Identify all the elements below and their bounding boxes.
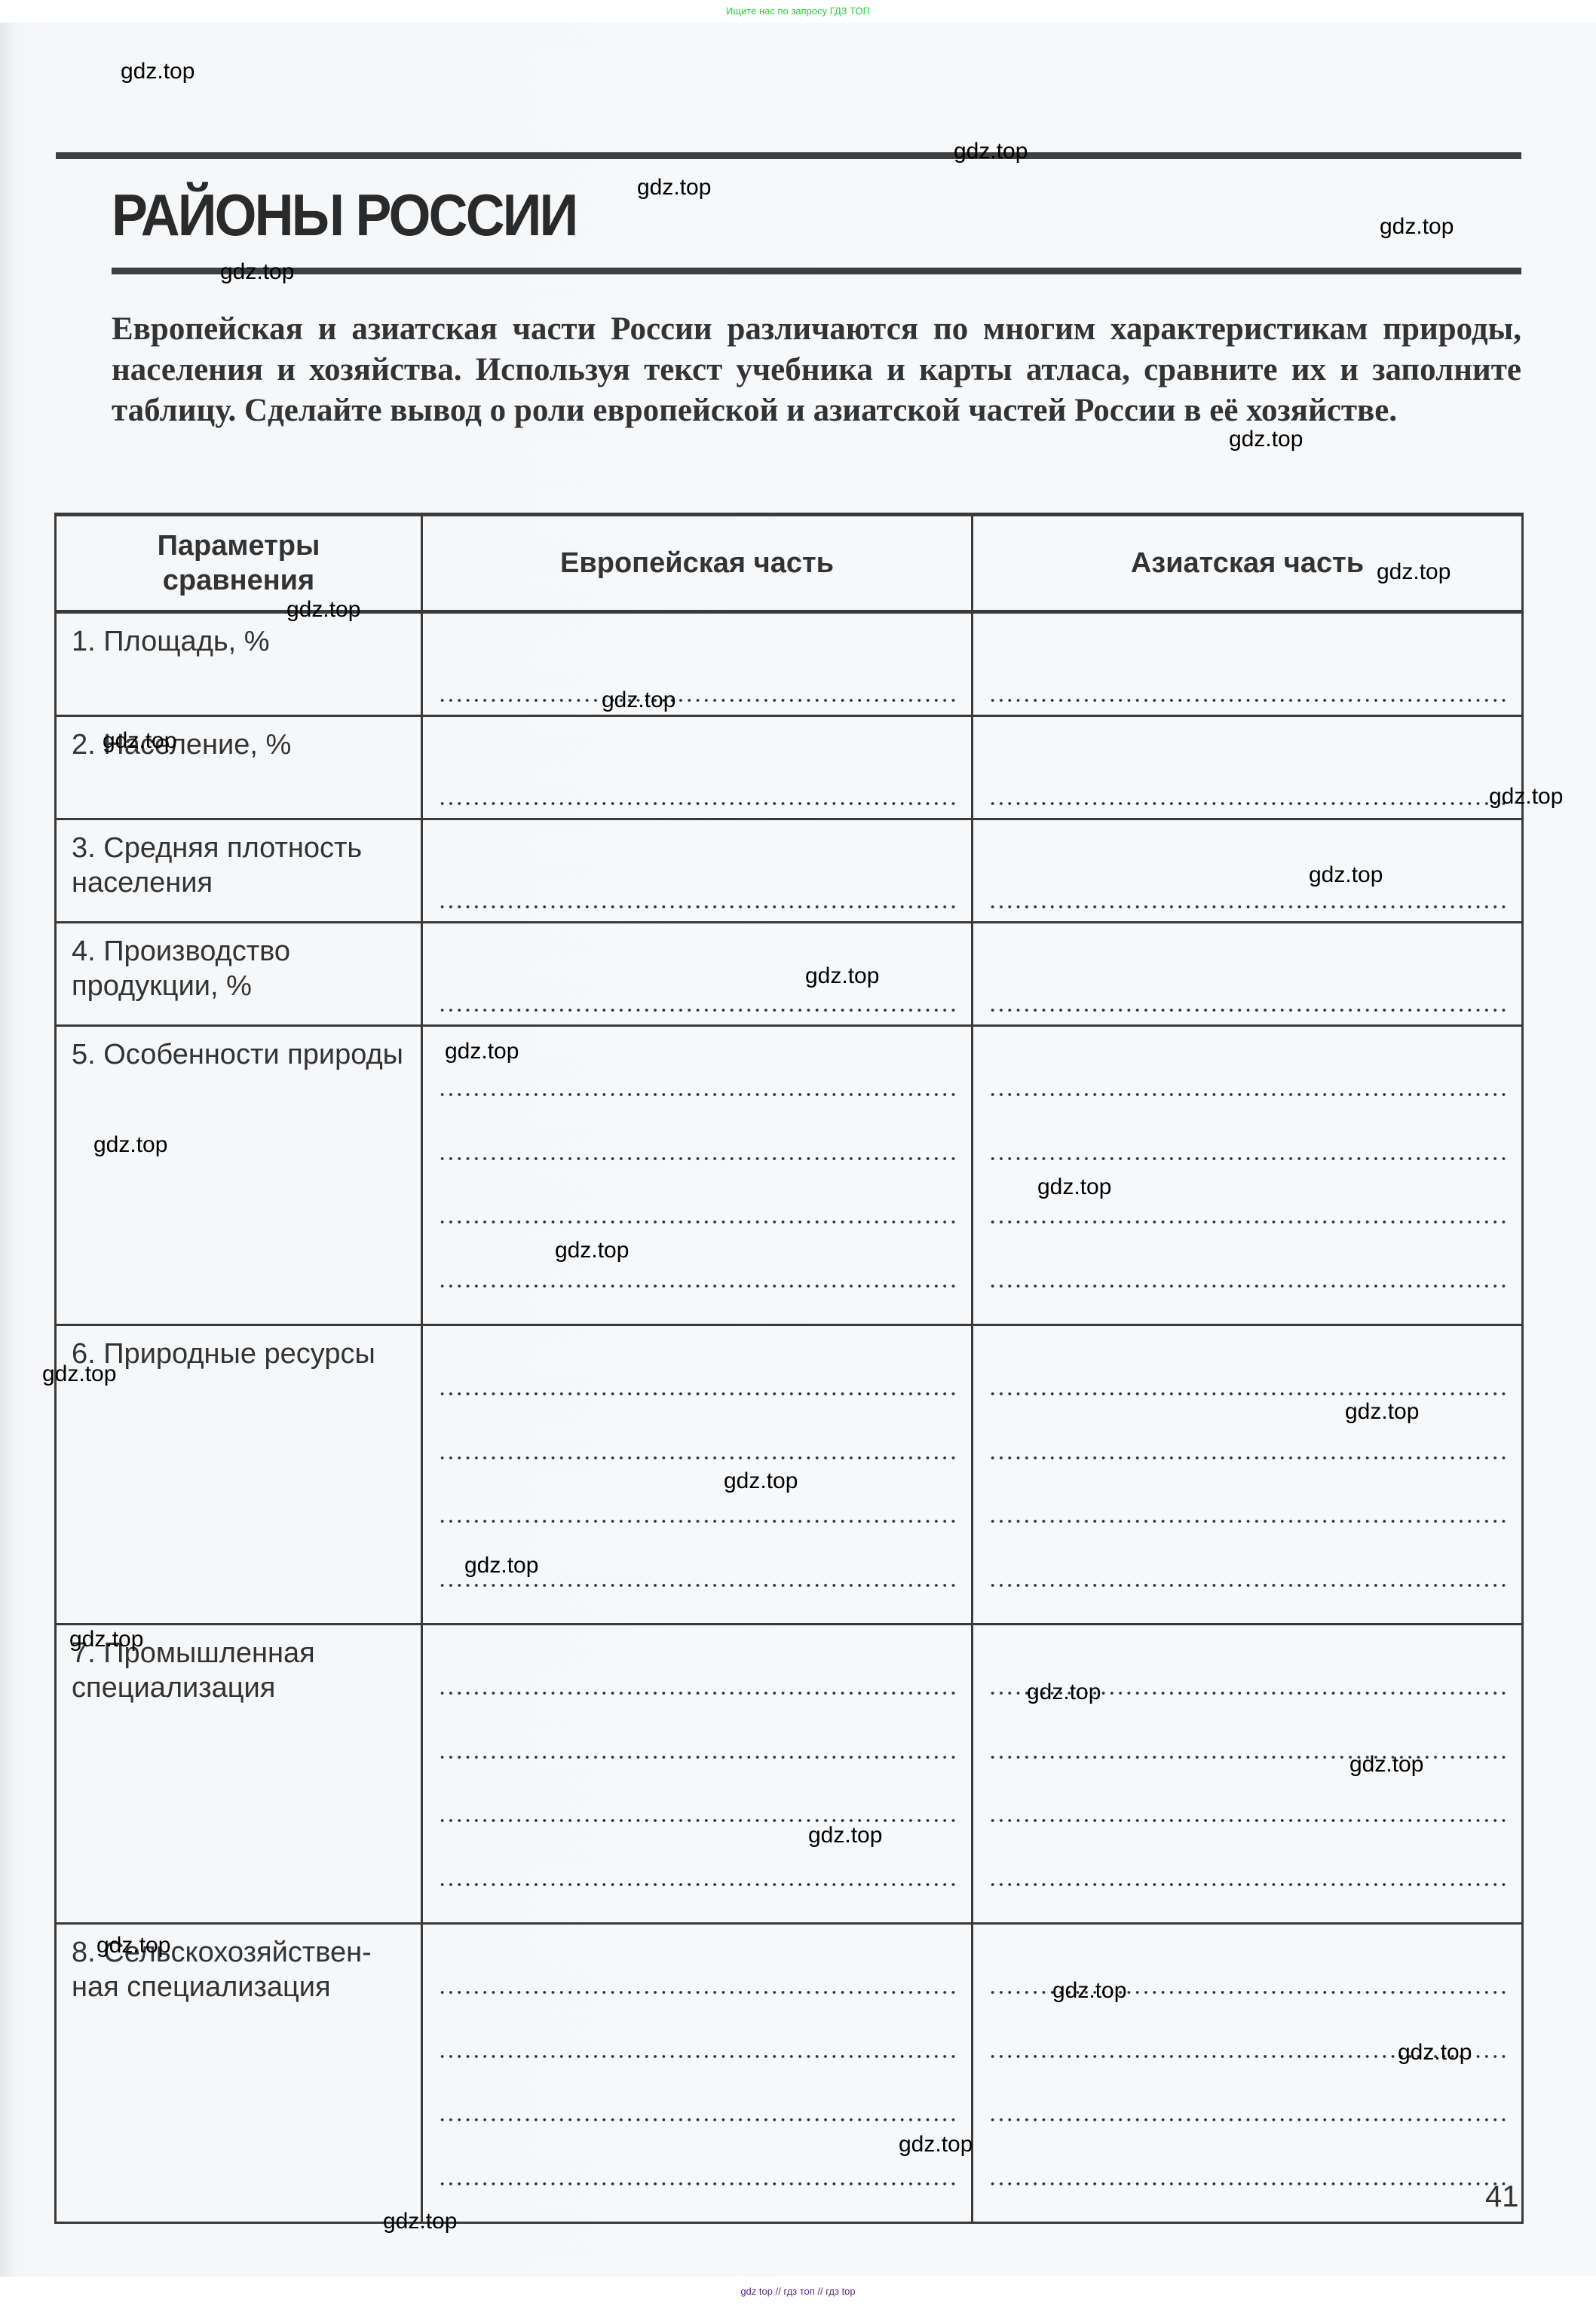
watermark-text: gdz.top <box>637 175 711 201</box>
header-parameters: Параметры сравнения <box>56 515 422 612</box>
watermark-text: gdz.top <box>602 688 675 713</box>
answer-cell-asian[interactable] <box>973 1325 1523 1625</box>
banner-text: Ищите нас по запросу ГДЗ ТОП <box>726 5 870 17</box>
answer-line[interactable] <box>988 1008 1506 1012</box>
answer-line[interactable] <box>988 1519 1506 1524</box>
top-divider <box>56 152 1521 159</box>
answer-line[interactable] <box>988 1456 1506 1460</box>
watermark-text: gdz.top <box>805 963 879 989</box>
answer-line[interactable] <box>438 1519 956 1524</box>
answer-line[interactable] <box>988 698 1506 703</box>
answer-line[interactable] <box>438 801 956 806</box>
answer-cell-european[interactable] <box>422 1325 973 1625</box>
footer-text: gdz top // гдз топ // гдз top <box>740 2286 855 2297</box>
row-label: 1. Площадь, % <box>56 612 422 716</box>
answer-line[interactable] <box>988 2182 1506 2186</box>
watermark-text: gdz.top <box>724 1468 798 1494</box>
answer-cell-european[interactable] <box>422 923 973 1026</box>
answer-line[interactable] <box>988 1220 1506 1224</box>
answer-cell-european[interactable] <box>422 1625 973 1924</box>
row-label: 5. Особенности природы <box>56 1026 422 1325</box>
answer-line[interactable] <box>438 2118 956 2122</box>
watermark-text: gdz.top <box>1345 1399 1419 1425</box>
answer-line[interactable] <box>988 1392 1506 1396</box>
title-divider <box>112 268 1521 274</box>
table-row: 8. Сельскохозяйствен-ная специализация <box>56 1924 1523 2223</box>
answer-line[interactable] <box>438 1755 956 1759</box>
watermark-text: gdz.top <box>96 1933 170 1958</box>
answer-line[interactable] <box>988 1284 1506 1288</box>
answer-line[interactable] <box>438 1156 956 1161</box>
answer-line[interactable] <box>438 1990 956 1995</box>
page-number: 41 <box>1485 2180 1519 2214</box>
answer-line[interactable] <box>988 1755 1506 1759</box>
answer-cell-asian[interactable] <box>973 1924 1523 2223</box>
answer-line[interactable] <box>438 1008 956 1012</box>
top-banner: Ищите нас по запросу ГДЗ ТОП <box>0 0 1596 23</box>
answer-cell-asian[interactable] <box>973 923 1523 1026</box>
row-label: 8. Сельскохозяйствен-ная специализация <box>56 1924 422 2223</box>
watermark-text: gdz.top <box>1349 1752 1423 1778</box>
watermark-text: gdz.top <box>445 1039 519 1064</box>
watermark-text: gdz.top <box>1052 1978 1126 2004</box>
answer-cell-european[interactable] <box>422 716 973 819</box>
watermark-text: gdz.top <box>1309 862 1383 888</box>
watermark-text: gdz.top <box>808 1823 882 1848</box>
watermark-text: gdz.top <box>954 139 1028 164</box>
table-row: 4. Производство продукции, % <box>56 923 1523 1026</box>
watermark-text: gdz.top <box>93 1132 167 1158</box>
answer-line[interactable] <box>988 1882 1506 1887</box>
row-label: 7. Промышленная специализация <box>56 1625 422 1924</box>
watermark-text: gdz.top <box>42 1361 116 1387</box>
watermark-text: gdz.top <box>103 728 176 754</box>
watermark-text: gdz.top <box>1489 784 1563 810</box>
workbook-page: РАЙОНЫ РОССИИ Европейская и азиатская ча… <box>0 23 1596 2277</box>
watermark-text: gdz.top <box>383 2209 457 2234</box>
watermark-text: gdz.top <box>69 1627 143 1652</box>
table-row: 1. Площадь, % <box>56 612 1523 716</box>
watermark-text: gdz.top <box>220 259 294 285</box>
answer-cell-european[interactable] <box>422 819 973 923</box>
answer-cell-asian[interactable] <box>973 612 1523 716</box>
watermark-text: gdz.top <box>286 597 360 623</box>
bottom-banner: gdz top // гдз топ // гдз top <box>0 2277 1596 2306</box>
page-title: РАЙОНЫ РОССИИ <box>112 181 576 250</box>
watermark-text: gdz.top <box>1398 2040 1472 2066</box>
watermark-text: gdz.top <box>1027 1680 1101 1705</box>
watermark-text: gdz.top <box>555 1238 629 1263</box>
answer-cell-asian[interactable] <box>973 819 1523 923</box>
watermark-text: gdz.top <box>1380 214 1454 240</box>
table-row: 5. Особенности природы <box>56 1026 1523 1325</box>
answer-line[interactable] <box>988 801 1506 806</box>
task-instructions: Европейская и азиатская части России раз… <box>112 309 1521 431</box>
answer-line[interactable] <box>438 905 956 909</box>
answer-line[interactable] <box>438 1583 956 1588</box>
row-label: 3. Средняя плотность населения <box>56 819 422 923</box>
answer-line[interactable] <box>988 1092 1506 1097</box>
watermark-text: gdz.top <box>464 1553 538 1579</box>
answer-line[interactable] <box>438 1092 956 1097</box>
answer-line[interactable] <box>438 1284 956 1288</box>
row-label: 4. Производство продукции, % <box>56 923 422 1026</box>
answer-line[interactable] <box>988 1818 1506 1823</box>
table-row: 2. Население, % <box>56 716 1523 819</box>
answer-line[interactable] <box>438 1392 956 1396</box>
answer-line[interactable] <box>988 1156 1506 1161</box>
table-row: 7. Промышленная специализация <box>56 1625 1523 1924</box>
watermark-text: gdz.top <box>899 2132 973 2157</box>
watermark-text: gdz.top <box>1377 559 1450 585</box>
answer-cell-european[interactable] <box>422 612 973 716</box>
table-header-row: Параметры сравнения Европейская часть Аз… <box>56 515 1523 612</box>
answer-line[interactable] <box>438 1220 956 1224</box>
answer-line[interactable] <box>988 2118 1506 2122</box>
comparison-table: Параметры сравнения Европейская часть Аз… <box>54 513 1524 2224</box>
answer-line[interactable] <box>988 1583 1506 1588</box>
answer-line[interactable] <box>438 1456 956 1460</box>
watermark-text: gdz.top <box>1037 1174 1111 1200</box>
table-row: 3. Средняя плотность населения <box>56 819 1523 923</box>
answer-line[interactable] <box>438 698 956 703</box>
answer-cell-asian[interactable] <box>973 1625 1523 1924</box>
answer-cell-asian[interactable] <box>973 716 1523 819</box>
header-european: Европейская часть <box>422 515 973 612</box>
watermark-text: gdz.top <box>1229 427 1303 452</box>
watermark-text: gdz.top <box>121 59 195 84</box>
answer-line[interactable] <box>988 905 1506 909</box>
answer-line[interactable] <box>438 2054 956 2059</box>
answer-line[interactable] <box>438 1882 956 1887</box>
answer-cell-european[interactable] <box>422 1026 973 1325</box>
answer-line[interactable] <box>438 1691 956 1695</box>
answer-line[interactable] <box>438 2182 956 2186</box>
answer-cell-european[interactable] <box>422 1924 973 2223</box>
